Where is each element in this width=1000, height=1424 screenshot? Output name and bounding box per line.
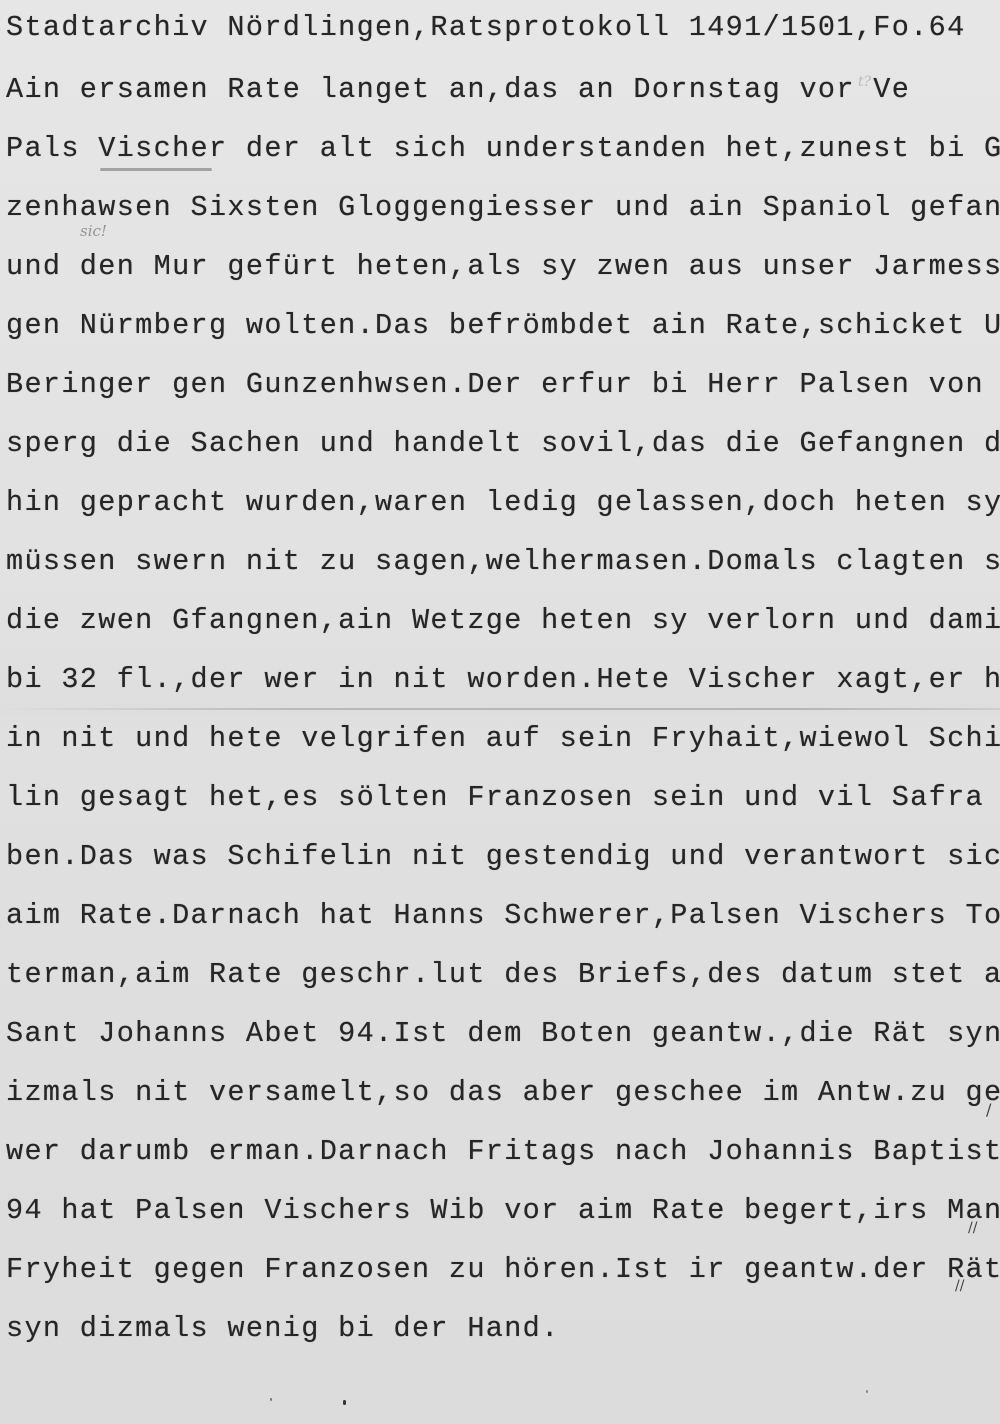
text-line: Beringer gen Gunzenhwsen.Der erfur bi He… [6, 355, 1000, 414]
typewritten-text: Stadtarchiv Nördlingen,Ratsprotokoll 149… [6, 8, 1000, 1358]
faint-margin-annotation: t? [858, 74, 871, 90]
text-line: müssen swern nit zu sagen,welhermasen.Do… [6, 532, 1000, 591]
text-line: izmals nit versamelt,so das aber geschee… [6, 1063, 1000, 1122]
text-line: terman,aim Rate geschr.lut des Briefs,de… [6, 945, 1000, 1004]
text-line: Sant Johanns Abet 94.Ist dem Boten geant… [6, 1004, 1000, 1063]
text-line: Ain ersamen Rate langet an,das an Dornst… [6, 60, 1000, 119]
text-line: hin gepracht wurden,waren ledig gelassen… [6, 473, 1000, 532]
text-line: die zwen Gfangnen,ain Wetzge heten sy ve… [6, 591, 1000, 650]
text-line: gen Nürmberg wolten.Das befrömbdet ain R… [6, 296, 1000, 355]
sic-annotation: sic! [80, 222, 107, 240]
text-line: sperg die Sachen und handelt sovil,das d… [6, 414, 1000, 473]
pen-strike-mark: // [955, 1278, 964, 1294]
text-line: aim Rate.Darnach hat Hanns Schwerer,Pals… [6, 886, 1000, 945]
text-line: bi 32 fl.,der wer in nit worden.Hete Vis… [6, 650, 1000, 709]
text-line: Fryheit gegen Franzosen zu hören.Ist ir … [6, 1240, 1000, 1299]
ink-speck [270, 1398, 272, 1401]
pencil-underline [100, 168, 212, 171]
document-page: Stadtarchiv Nördlingen,Ratsprotokoll 149… [0, 0, 1000, 1424]
text-line: und den Mur gefürt heten,als sy zwen aus… [6, 237, 1000, 296]
text-line: in nit und hete velgrifen auf sein Fryha… [6, 709, 1000, 768]
text-line: wer darumb erman.Darnach Fritags nach Jo… [6, 1122, 1000, 1181]
text-line: zenhawsen Sixsten Gloggengiesser und ain… [6, 178, 1000, 237]
document-header: Stadtarchiv Nördlingen,Ratsprotokoll 149… [6, 8, 1000, 60]
pen-strike-mark: // [968, 1220, 977, 1236]
ink-speck [866, 1390, 868, 1393]
text-line: 94 hat Palsen Vischers Wib vor aim Rate … [6, 1181, 1000, 1240]
text-line: syn dizmals wenig bi der Hand. [6, 1299, 1000, 1358]
text-line: ben.Das was Schifelin nit gestendig und … [6, 827, 1000, 886]
pen-slash-mark: / [986, 1100, 991, 1119]
text-line: lin gesagt het,es sölten Franzosen sein … [6, 768, 1000, 827]
ink-speck [343, 1400, 346, 1405]
